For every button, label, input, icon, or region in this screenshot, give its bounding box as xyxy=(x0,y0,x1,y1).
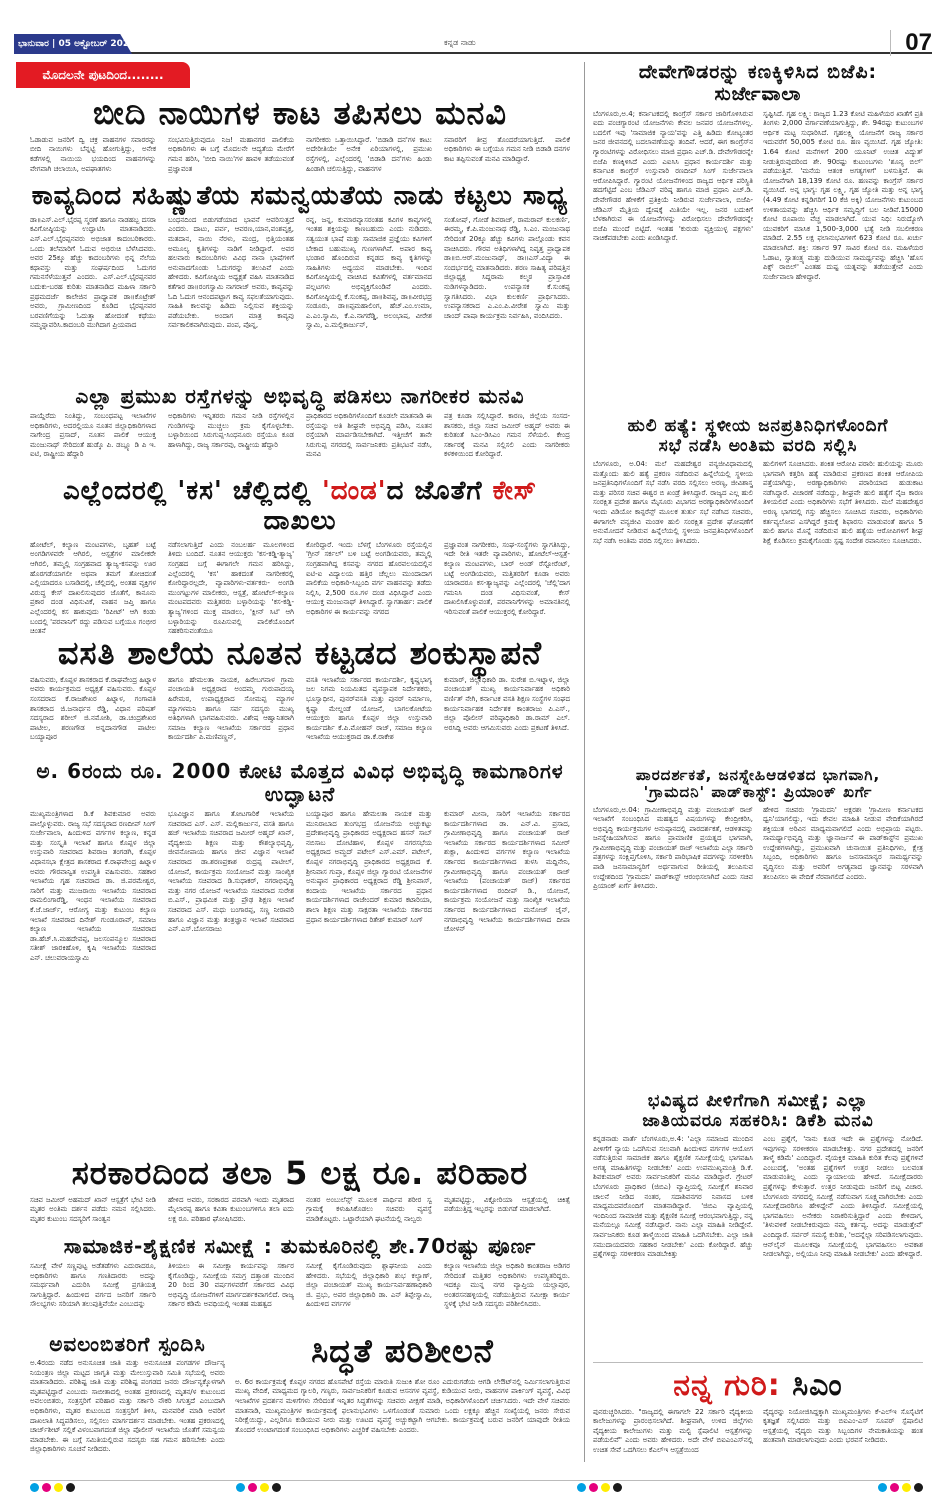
story-column: ಎಂಬ ಪ್ರಶ್ನೆಗೆ, 'ನಾನು ಕೂಡ ಇದೇ ಈ ಪ್ರಶ್ನೆಗಳ… xyxy=(763,1135,923,1357)
story-column: ಬಂಧನದಿಂದ ಬಿಡುಗಡೆಯಾದ ಭಾವನೆ ಆವರಿಸುತ್ತದೆ ಎಂ… xyxy=(168,216,294,369)
story-preparation-review: ಸಿದ್ಧತೆ ಪರಿಶೀಲನೆ ಅ. 6ರ ಕಾರ್ಯಕ್ರಮಕ್ಕೆ ಕೊಪ… xyxy=(235,1333,570,1466)
story-column: ಭೂವಿಜ್ಞಾನ ಹಾಗೂ ತೋಟಗಾರಿಕೆ ಇಲಾಖೆಯ ಸಚಿವರಾದ … xyxy=(168,810,294,1160)
story-column: ಪುನರುಚ್ಚರಿಸಿದರು. "ರಾಜ್ಯದಲ್ಲಿ ಈಗಾಗಲೇ 22 ಸ… xyxy=(593,1408,753,1466)
story-column: ಹೇಳಿದ ಅವರು, ಸರಕಾರದ ಪರವಾಗಿ ಇಂದು ಮೃತರಾದ ಮೈ… xyxy=(168,1196,294,1236)
headline-black-part: ಸಿಎಂ xyxy=(792,1368,842,1403)
story-column: ಓಡಾಡುವ ಜನರಿಗೆ ದ್ವಿ ಚಕ್ರ ವಾಹನಗಳ ಸವಾರರನ್ನು… xyxy=(30,136,156,184)
headline: ಬೀದಿ ನಾಯಿಗಳ ಕಾಟ ತಪಿಸಲು ಮನವಿ xyxy=(30,95,570,132)
story-dependents: ಅವಲಂಬಿತರಿಗೆ ಸ್ಪಂದಿಸಿ ಅ.4ರಂದು ನಡೆದ ಅನುಸೂಚ… xyxy=(30,1333,225,1469)
headline-red-fine: 'ದಂಡ' xyxy=(322,476,387,506)
headline: ಸರಕಾರದಿಂದ ತಲಾ 5 ಲಕ್ಷ ರೂ. ಪರಿಹಾರ xyxy=(30,1155,570,1192)
headline-line-2: 'ಗ್ರಾಮದನಿ' ಪಾಡ್‌ಕಾಸ್ಟ್: ಪ್ರಿಯಾಂಕ್ ಖರ್ಗೆ xyxy=(593,784,923,801)
right-section: ದೇವೇಗೌಡರನ್ನು ಕಣಕ್ಕಿಳಿಸಿದ ಬಿಜೆಪಿ: ಸುರ್ಜೇವ… xyxy=(584,62,922,1462)
story-gramadani-podcast: ಪಾರದರ್ಶಕತೆ, ಜನಸ್ನೇಹಿಆಡಳಿತದ ಭಾಗವಾಗಿ, 'ಗ್ರ… xyxy=(593,767,923,1077)
story-surjewala: ದೇವೇಗೌಡರನ್ನು ಕಣಕ್ಕಿಳಿಸಿದ ಬಿಜೆಪಿ: ಸುರ್ಜೇವ… xyxy=(593,62,923,428)
story-column: ವೈದ್ಯರನ್ನು ನಿಯೋಜಿಸಿದ್ದಕ್ಕಾಗಿ ಮುಖ್ಯಮಂತ್ರಿ… xyxy=(763,1408,923,1466)
magenta-dot xyxy=(589,1483,598,1492)
story-column: ಹುಲಿಗಳಿಗೆ ಸೂಚಿಸಿದರು. ಶಂಕಿತ ಆರೋಪಿ ಪರಾರಿ: … xyxy=(763,460,923,745)
date-band: ಭಾನುವಾರ | 05 ಅಕ್ಟೋಬರ್ 2025 xyxy=(14,34,132,54)
headline-line-1: ಭವಿಷ್ಯದ ಪೀಳಿಗೆಗಾಗಿ ಸಮೀಕ್ಷೆ; ಎಲ್ಲಾ xyxy=(593,1092,923,1112)
headline: ಎಲ್ಲಾ ಪ್ರಮುಖ ರಸ್ತೆಗಳನ್ನು ಅಭಿವೃದ್ಧಿ ಪಡಿಸಲ… xyxy=(30,385,570,408)
story-compensation: ಸರಕಾರದಿಂದ ತಲಾ 5 ಲಕ್ಷ ರೂ. ಪರಿಹಾರ ಸಚಿವ ಜಮೀ… xyxy=(30,1155,570,1242)
story-tiger-killing: ಹುಲಿ ಹತ್ಯೆ: ಸ್ಥಳೀಯ ಜನಪ್ರತಿನಿಧಿಗಳೊಂದಿಗೆ ಸ… xyxy=(593,417,923,751)
story-column: ಕುಮಾರ್, ಜಿಲ್ಲಾಧಿಕಾರಿ ಡಾ. ಸುರೇಶ ಬಿ.ಇಟ್ನಾಳ… xyxy=(444,676,570,762)
yellow-dot xyxy=(601,1483,610,1492)
paper-name: ಕನ್ನಡ ನಾಡು xyxy=(444,38,476,48)
headline: ಸಿದ್ಧತೆ ಪರಿಶೀಲನೆ xyxy=(235,1333,570,1370)
page-number: 07 xyxy=(890,30,932,56)
story-column: ಹೇಳಿದ ಸಚಿವರು 'ಗ್ರಾಮದನಿ' ಅಕ್ಷರಶಃ 'ಗ್ರಾಮೀಣ… xyxy=(763,806,923,1071)
black-dot xyxy=(613,1483,622,1492)
story-column: ಸಚಿವ ಜಮೀರ್ ಅಹಮದ್ ಖಾನ್ ಆಸ್ಪತ್ರೆಗೆ ಭೇಟಿ ನೀ… xyxy=(30,1196,156,1236)
story-roads: ಎಲ್ಲಾ ಪ್ರಮುಖ ರಸ್ತೆಗಳನ್ನು ಅಭಿವೃದ್ಧಿ ಪಡಿಸಲ… xyxy=(30,385,570,476)
headline: ದೇವೇಗೌಡರನ್ನು ಕಣಕ್ಕಿಳಿಸಿದ ಬಿಜೆಪಿ: ಸುರ್ಜೇವ… xyxy=(593,62,923,106)
story-column: ಕುಮಾರ್ ಮೀನಾ, ಸಾರಿಗೆ ಇಲಾಖೆಯ ಸರ್ಕಾರದ ಕಾರ್ಯ… xyxy=(444,810,570,1160)
black-dot xyxy=(914,1483,923,1492)
story-column: ಪ್ರಾಧಿಕಾರದ ಅಧಿಕಾರಿಗಳೊಂದಿಗೆ ಕೂಡಲೇ ಮಾತನಾಡಿ… xyxy=(306,412,432,470)
headline: ವಸತಿ ಶಾಲೆಯ ನೂತನ ಕಟ್ಟಡದ ಶಂಕುಸ್ಥಾಪನೆ xyxy=(30,635,570,672)
black-dot xyxy=(272,1483,281,1492)
story-my-goal-cm: ನನ್ನ ಗುರಿ: ಸಿಎಂ ಪುನರುಚ್ಚರಿಸಿದರು. "ರಾಜ್ಯದ… xyxy=(593,1362,923,1472)
headline-red-part: ನನ್ನ ಗುರಿ: xyxy=(673,1368,792,1403)
black-dot xyxy=(66,1483,75,1492)
story-column: ಬಯ್ಯಾಪೂರ ಹಾಗೂ ಹೇಮಲತಾ ನಾಯಕ ಮತ್ತು ಮುನಿರಾಬಾ… xyxy=(306,810,432,1160)
story-poetry: ಕಾವ್ಯದಿಂದ ಸಹಿಷ್ಣುತೆಯ ಸಮನ್ವಯತೆಯ ನಾಡು ಕಟ್ಟ… xyxy=(30,182,570,375)
story-column: ವಹಿಸುವರು, ಕೊಪ್ಪಳ ಶಾಸಕರಾದ ಕೆ.ರಾಘವೇಂದ್ರ ಹಿ… xyxy=(30,676,156,762)
story-column: ಸಂಭವಿಸುತ್ತಿರುವುದೂ ನಿಜ! ಮಹಾನಗರ ಪಾಲಿಕೆಯ ಅಧ… xyxy=(168,136,294,184)
story-stray-dogs: ಬೀದಿ ನಾಯಿಗಳ ಕಾಟ ತಪಿಸಲು ಮನವಿ ಓಡಾಡುವ ಜನರಿಗ… xyxy=(30,95,570,190)
story-school-foundation: ವಸತಿ ಶಾಲೆಯ ನೂತನ ಕಟ್ಟಡದ ಶಂಕುಸ್ಥಾಪನೆ ವಹಿಸು… xyxy=(30,635,570,768)
registration-marks-right xyxy=(878,1483,923,1492)
magenta-dot xyxy=(248,1483,257,1492)
story-column: ಕನ್ನಡನಾಡು ವಾರ್ತೆ ಬೆಂಗಳೂರು,ಅ.4: 'ಎಲ್ಲಾ ಸಮ… xyxy=(593,1135,753,1357)
yellow-dot xyxy=(902,1483,911,1492)
story-column: ಸಂತೋಷ್, ಗೋಡೆ ಶಿವರಾಜ್, ರಾಮರಾವ್ ಕುಲಕರ್ಣಿ, … xyxy=(444,216,570,369)
registration-marks-center xyxy=(236,1483,281,1492)
story-column: ಬೆಂಗಳೂರು, ಅ.04: ಮಲೆ ಮಹದೇಶ್ವರ ವನ್ಯಜೀವಿಧಾಮ… xyxy=(593,460,753,745)
headline: ಕಾವ್ಯದಿಂದ ಸಹಿಷ್ಣುತೆಯ ಸಮನ್ವಯತೆಯ ನಾಡು ಕಟ್ಟ… xyxy=(30,182,570,212)
story-column: ಡಾ॥ಎಸ್.ಎಲ್.ಭೈರಪ್ಪ ಸ್ಮರಣೆ ಹಾಗೂ ನಾಡಹಬ್ಬ ದಸ… xyxy=(30,216,156,369)
yellow-dot xyxy=(260,1483,269,1492)
magenta-dot xyxy=(890,1483,899,1492)
story-column: ನಂತರ ಅಂಬುಲೆನ್ಸ್ ಮೂಲಕ ಪಾರ್ಥಿವ ಶರೀರ ಸ್ವ ಗ್… xyxy=(306,1196,432,1236)
story-column: ಸಮೀಕ್ಷೆ ವೇಳೆ ಸಣ್ಣಪುಟ್ಟ ಅಡೆತಡೆಗಳು ಎದುರಾದರ… xyxy=(30,1262,156,1330)
registration-marks-left xyxy=(30,1483,75,1492)
headline-line-1: ಹುಲಿ ಹತ್ಯೆ: ಸ್ಥಳೀಯ ಜನಪ್ರತಿನಿಧಿಗಳೊಂದಿಗೆ xyxy=(593,417,923,437)
cyan-dot xyxy=(577,1483,586,1492)
story-column: ಮುಖ್ಯಮಂತ್ರಿಗಳಾದ ಡಿ.ಕೆ ಶಿವಕುಮಾರ ಅವರು ಪಾಲ್… xyxy=(30,810,156,1160)
story-column: ನಾಗರೀಕರು ಒತ್ತಾಯಿಸಿದ್ದಾರೆ. 'ಬಿಡಾಡಿ ದನ'ಗಳ … xyxy=(306,136,432,184)
headline: ನನ್ನ ಗುರಿ: ಸಿಎಂ xyxy=(593,1369,923,1404)
story-column: ಅಧಿಕಾರಿಗಳು ಇನ್ನಿತರರು ಗಮನ ನೀಡಿ ರಸ್ತೆಗಳಲ್ಲ… xyxy=(168,412,294,470)
story-column: ಹಾಗೂ ಹೇಮಲತಾ ನಾಯಕ, ಹಿರೇಬಗನಾಳ ಗ್ರಾಮ ಪಂಚಾಯತ… xyxy=(168,676,294,762)
magenta-dot xyxy=(42,1483,51,1492)
story-column: ತಿಳಿಯಲು ಈ ಸಮೀಕ್ಷಾ ಕಾರ್ಯವನ್ನು ಸರ್ಕಾರ ಕೈಗೊ… xyxy=(168,1262,294,1330)
headline-line-1: ಪಾರದರ್ಶಕತೆ, ಜನಸ್ನೇಹಿಆಡಳಿತದ ಭಾಗವಾಗಿ, xyxy=(593,767,923,784)
story-column: ಸಮೀಕ್ಷೆ ಕೈಗೊಂಡಿರುವುದು ಶ್ಲಾಘನೀಯ ಎಂದು ಹೇಳಿ… xyxy=(306,1262,432,1330)
cyan-dot xyxy=(878,1483,887,1492)
registration-marks-center-right xyxy=(577,1483,622,1492)
story-column: ಮೃತಪಟ್ಟಿದ್ದು, ವಿಕ್ಟೋರಿಯಾ ಆಸ್ಪತ್ರೆಯಲ್ಲಿ ಚ… xyxy=(444,1196,570,1236)
cyan-dot xyxy=(236,1483,245,1492)
page-bottom-rule xyxy=(30,1480,910,1481)
story-column: ಕಲ್ಯಾಣ ಇಲಾಖೆಯ ಜಿಲ್ಲಾ ಅಧಿಕಾರಿ ಕಾಂತರಾಜ ಅಡಿ… xyxy=(444,1262,570,1330)
story-tumkur-survey: ಸಾಮಾಜಿಕ-ಶೈಕ್ಷಣಿಕ ಸಮೀಕ್ಷೆ : ತುಮಕೂರಿನಲ್ಲಿ … xyxy=(30,1235,570,1336)
story-2000-crore: ಅ. 6ರಂದು ರೂ. 2000 ಕೋಟಿ ಮೊತ್ತದ ವಿವಿಧ ಅಭಿವ… xyxy=(30,760,570,1166)
story-body: ಅ.4ರಂದು ನಡೆದ ಅನುಸೂಚಿತ ಜಾತಿ ಮತ್ತು ಅನುಸೂಚಿ… xyxy=(30,1359,225,1469)
headline-line-2: ಸಭೆ ನಡೆಸಿ ಅಂತಿಮ ವರದಿ ಸಲ್ಲಿಸಿ xyxy=(593,437,923,457)
story-column: ಪಾಯ್ದೆರೆದು ನಿಂತಿದ್ದು, ಸಂಬಂಧಪಟ್ಟ ಇಲಾಖೆಗಳ … xyxy=(30,412,156,470)
headline: ಅವಲಂಬಿತರಿಗೆ ಸ್ಪಂದಿಸಿ xyxy=(30,1333,225,1356)
headline: ಅ. 6ರಂದು ರೂ. 2000 ಕೋಟಿ ಮೊತ್ತದ ವಿವಿಧ ಅಭಿವ… xyxy=(30,760,570,806)
story-body: ಅ. 6ರ ಕಾರ್ಯಕ್ರಮಕ್ಕೆ ಕೊಪ್ಪಳ ನಗರದ ಹೊಸಪೇಟೆ … xyxy=(235,1378,570,1466)
story-column: ಬೆಂಗಳೂರು,ಅ.4; ಕರ್ನಾಟಕದಲ್ಲಿ ಕಾಂಗ್ರೆಸ್ ಸರ್… xyxy=(593,110,753,422)
story-column: ರನ್ನ, ಜನ್ನ, ಕುಮಾರವ್ಯಾಸರಂತಹ ಕವಿಗಳ ಕಾವ್ಯಗಳ… xyxy=(306,216,432,369)
continued-from-front-page-label: ಮೊದಲನೇ ಪುಟದಿಂದ........ xyxy=(16,62,190,88)
masthead: ಭಾನುವಾರ | 05 ಅಕ್ಟೋಬರ್ 2025 ಕನ್ನಡ ನಾಡು 07 xyxy=(14,34,932,54)
headline: ಎಲ್ಲೆಂದರಲ್ಲಿ 'ಕಸ' ಚೆಲ್ಲಿದಲ್ಲಿ 'ದಂಡ'ದ ಜೊತ… xyxy=(30,477,570,537)
headline-line-2: ಜಾತಿಯವರೂ ಸಹಕರಿಸಿ: ಡಿಕೆಶಿ ಮನವಿ xyxy=(593,1112,923,1132)
story-column: ವಸತಿ ಇಲಾಖೆಯ ಸರ್ಕಾರದ ಕಾರ್ಯದರ್ಶಿ, ಕೃಷ್ಣಭಾಗ… xyxy=(306,676,432,762)
story-dks-survey: ಭವಿಷ್ಯದ ಪೀಳಿಗೆಗಾಗಿ ಸಮೀಕ್ಷೆ; ಎಲ್ಲಾ ಜಾತಿಯವ… xyxy=(593,1092,923,1363)
headline-red-case: ಕೇಸ್ xyxy=(493,476,537,506)
story-column: ಪತ್ರ ಕೂಡಾ ಸಲ್ಲಿಸಿದ್ದಾರೆ. ಕಾರಣ, ಜಿಲ್ಲೆಯ ಸ… xyxy=(444,412,570,470)
cyan-dot xyxy=(30,1483,39,1492)
story-column: ಬೆಂಗಳೂರು,ಅ.04: ಗ್ರಾಮೀಣಾಭಿವೃದ್ಧಿ ಮತ್ತು ಪಂ… xyxy=(593,806,753,1071)
story-column: ಸೃಷ್ಟಿಸಿದೆ. ಗೃಹ ಲಕ್ಷ್ಮಿ: ರಾಜ್ಯದ 1.23 ಕೋಟ… xyxy=(763,110,923,422)
headline: ಸಾಮಾಜಿಕ-ಶೈಕ್ಷಣಿಕ ಸಮೀಕ್ಷೆ : ತುಮಕೂರಿನಲ್ಲಿ … xyxy=(30,1235,570,1258)
yellow-dot xyxy=(54,1483,63,1492)
story-column: ಸವಾರರಿಗೆ ತೀವ್ರ ತೊಂದರೆಯಾಗುತ್ತಿದೆ. ಪಾಲಿಕೆ … xyxy=(444,136,570,184)
